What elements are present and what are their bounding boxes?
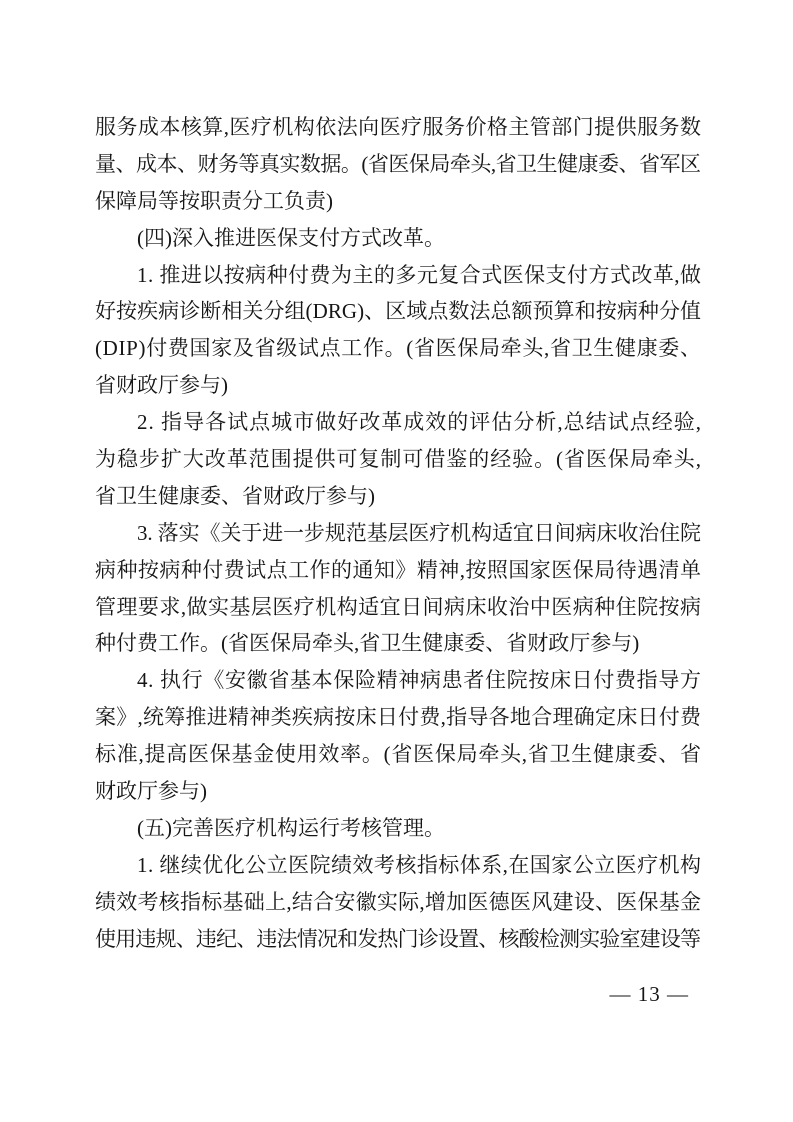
text-line: 1. 继续优化公立医院绩效考核指标体系,在国家公立医疗机构 <box>95 847 701 884</box>
text-line: 好按疾病诊断相关分组(DRG)、区域点数法总额预算和按病种分值 <box>95 293 701 330</box>
line-text: 好按疾病诊断相关分组(DRG)、区域点数法总额预算和按病种分值 <box>95 293 701 330</box>
text-line: 服务成本核算,医疗机构依法向医疗服务价格主管部门提供服务数 <box>95 109 701 146</box>
text-line: (DIP)付费国家及省级试点工作。(省医保局牵头,省卫生健康委、 <box>95 330 701 367</box>
text-line: 4. 执行《安徽省基本保险精神病患者住院按床日付费指导方 <box>95 662 701 699</box>
text-line: (五)完善医疗机构运行考核管理。 <box>95 810 701 847</box>
line-text: 3. 落实《关于进一步规范基层医疗机构适宜日间病床收治住院 <box>137 515 701 552</box>
line-text: 绩效考核指标基础上,结合安徽实际,增加医德医风建设、医保基金 <box>95 884 701 921</box>
text-line: 种付费工作。(省医保局牵头,省卫生健康委、省财政厅参与) <box>95 625 701 662</box>
line-text: 量、成本、财务等真实数据。(省医保局牵头,省卫生健康委、省军区 <box>95 146 700 183</box>
line-text: 病种按病种付费试点工作的通知》精神,按照国家医保局待遇清单 <box>95 552 701 589</box>
text-line: 案》,统筹推进精神类疾病按床日付费,指导各地合理确定床日付费 <box>95 699 701 736</box>
line-text: 财政厅参与) <box>95 773 207 810</box>
line-text: (五)完善医疗机构运行考核管理。 <box>137 810 445 847</box>
line-text: 使用违规、违纪、违法情况和发热门诊设置、核酸检测实验室建设等 <box>95 921 700 958</box>
text-line: 为稳步扩大改革范围提供可复制可借鉴的经验。(省医保局牵头, <box>95 441 701 478</box>
page-number: — 13 — <box>610 981 690 1007</box>
text-line: 绩效考核指标基础上,结合安徽实际,增加医德医风建设、医保基金 <box>95 884 701 921</box>
text-line: 管理要求,做实基层医疗机构适宜日间病床收治中医病种住院按病 <box>95 589 701 626</box>
line-text: 保障局等按职责分工负责) <box>95 183 333 220</box>
line-text: 标准,提高医保基金使用效率。(省医保局牵头,省卫生健康委、省 <box>95 736 702 773</box>
text-line: 省财政厅参与) <box>95 367 701 404</box>
text-line: 标准,提高医保基金使用效率。(省医保局牵头,省卫生健康委、省 <box>95 736 701 773</box>
text-line: 使用违规、违纪、违法情况和发热门诊设置、核酸检测实验室建设等 <box>95 921 701 958</box>
text-line: 保障局等按职责分工负责) <box>95 183 701 220</box>
line-text: 省卫生健康委、省财政厅参与) <box>95 478 375 515</box>
text-block: 服务成本核算,医疗机构依法向医疗服务价格主管部门提供服务数量、成本、财务等真实数… <box>95 109 701 957</box>
line-text: 种付费工作。(省医保局牵头,省卫生健康委、省财政厅参与) <box>95 625 639 662</box>
line-text: 案》,统筹推进精神类疾病按床日付费,指导各地合理确定床日付费 <box>95 699 701 736</box>
text-line: 1. 推进以按病种付费为主的多元复合式医保支付方式改革,做 <box>95 257 701 294</box>
line-text: (四)深入推进医保支付方式改革。 <box>137 220 445 257</box>
line-text: 2. 指导各试点城市做好改革成效的评估分析,总结试点经验, <box>137 404 702 441</box>
text-line: 2. 指导各试点城市做好改革成效的评估分析,总结试点经验, <box>95 404 701 441</box>
line-text: 省财政厅参与) <box>95 367 228 404</box>
line-text: 管理要求,做实基层医疗机构适宜日间病床收治中医病种住院按病 <box>95 589 701 626</box>
line-text: 服务成本核算,医疗机构依法向医疗服务价格主管部门提供服务数 <box>95 109 701 146</box>
line-text: 为稳步扩大改革范围提供可复制可借鉴的经验。(省医保局牵头, <box>95 441 702 478</box>
text-line: 3. 落实《关于进一步规范基层医疗机构适宜日间病床收治住院 <box>95 515 701 552</box>
line-text: 4. 执行《安徽省基本保险精神病患者住院按床日付费指导方 <box>137 662 702 699</box>
text-line: 病种按病种付费试点工作的通知》精神,按照国家医保局待遇清单 <box>95 552 701 589</box>
text-line: 省卫生健康委、省财政厅参与) <box>95 478 701 515</box>
line-text: 1. 继续优化公立医院绩效考核指标体系,在国家公立医疗机构 <box>137 847 701 884</box>
line-text: (DIP)付费国家及省级试点工作。(省医保局牵头,省卫生健康委、 <box>95 330 702 367</box>
document-page: 服务成本核算,医疗机构依法向医疗服务价格主管部门提供服务数量、成本、财务等真实数… <box>0 0 793 1122</box>
line-text: 1. 推进以按病种付费为主的多元复合式医保支付方式改革,做 <box>137 257 701 294</box>
text-line: 量、成本、财务等真实数据。(省医保局牵头,省卫生健康委、省军区 <box>95 146 701 183</box>
text-line: 财政厅参与) <box>95 773 701 810</box>
text-line: (四)深入推进医保支付方式改革。 <box>95 220 701 257</box>
